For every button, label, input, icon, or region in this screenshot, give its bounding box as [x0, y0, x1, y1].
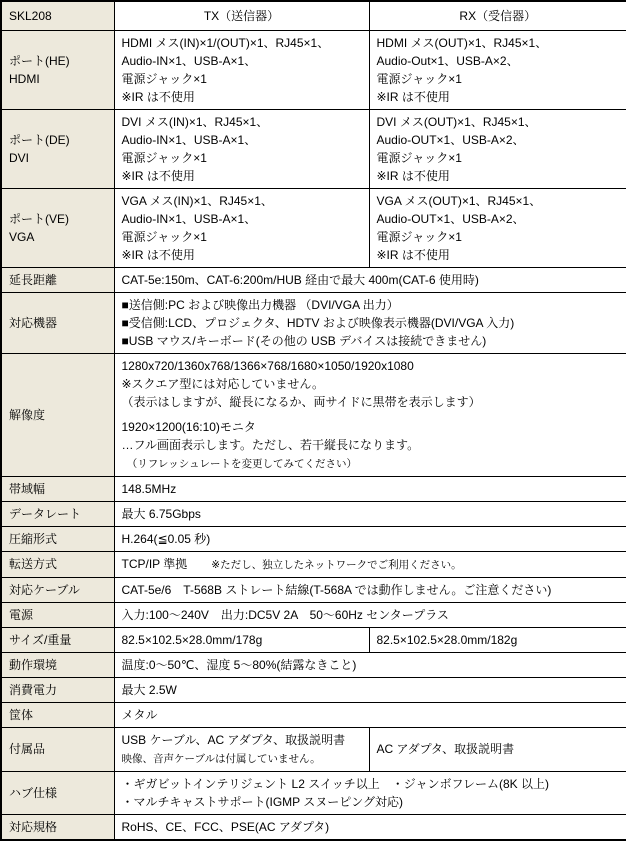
spec-value-cell: 82.5×102.5×28.0mm/178g	[114, 627, 369, 652]
table-row: 付属品USB ケーブル、AC アダプタ、取扱説明書映像、音声ケーブルは付属してい…	[1, 727, 626, 771]
spec-value-cell: CAT-5e/6 T-568B ストレート結線(T-568A では動作しません。…	[114, 577, 626, 602]
spec-value-cell: 82.5×102.5×28.0mm/182g	[369, 627, 626, 652]
spec-value-cell: VGA メス(OUT)×1、RJ45×1、Audio-OUT×1、USB-A×2…	[369, 188, 626, 267]
row-label: ポート(DE)DVI	[1, 109, 114, 188]
table-row: 解像度1280x720/1360x768/1366×768/1680×1050/…	[1, 353, 626, 476]
spec-value-cell: TCP/IP 準拠 ※ただし、独立したネットワークでご利用ください。	[114, 551, 626, 577]
table-row: 転送方式TCP/IP 準拠 ※ただし、独立したネットワークでご利用ください。	[1, 551, 626, 577]
row-label: 付属品	[1, 727, 114, 771]
spec-value-cell: 最大 6.75Gbps	[114, 501, 626, 526]
row-label: 帯域幅	[1, 476, 114, 501]
spec-value-cell: 最大 2.5W	[114, 677, 626, 702]
spec-value-cell: メタル	[114, 702, 626, 727]
table-row: ハブ仕様・ギガビットインテリジェント L2 スイッチ以上 ・ジャンボフレーム(8…	[1, 771, 626, 814]
spec-value-cell: 148.5MHz	[114, 476, 626, 501]
spec-value-cell: 1280x720/1360x768/1366×768/1680×1050/192…	[114, 353, 626, 476]
spec-value-cell: CAT-5e:150m、CAT-6:200m/HUB 経由で最大 400m(CA…	[114, 267, 626, 292]
spec-value-cell: USB ケーブル、AC アダプタ、取扱説明書映像、音声ケーブルは付属していません…	[114, 727, 369, 771]
table-row: 電源入力:100～240V 出力:DC5V 2A 50～60Hz センタープラス	[1, 602, 626, 627]
spec-table-header: SKL208 TX（送信器） RX（受信器）	[1, 1, 626, 30]
row-label: 対応規格	[1, 814, 114, 840]
spec-value-cell: DVI メス(IN)×1、RJ45×1、Audio-IN×1、USB-A×1、電…	[114, 109, 369, 188]
spec-value-cell: AC アダプタ、取扱説明書	[369, 727, 626, 771]
rx-column-header: RX（受信器）	[369, 1, 626, 30]
table-row: サイズ/重量82.5×102.5×28.0mm/178g82.5×102.5×2…	[1, 627, 626, 652]
row-label: ポート(VE)VGA	[1, 188, 114, 267]
row-label: 圧縮形式	[1, 526, 114, 551]
spec-value-cell: H.264(≦0.05 秒)	[114, 526, 626, 551]
spec-value-cell: 入力:100～240V 出力:DC5V 2A 50～60Hz センタープラス	[114, 602, 626, 627]
table-row: 動作環境温度:0～50℃、湿度 5～80%(結露なきこと)	[1, 652, 626, 677]
table-row: 対応機器■送信側:PC および映像出力機器 （DVI/VGA 出力）■受信側:L…	[1, 292, 626, 353]
spec-value-cell: DVI メス(OUT)×1、RJ45×1、Audio-OUT×1、USB-A×2…	[369, 109, 626, 188]
row-label: 消費電力	[1, 677, 114, 702]
row-label: サイズ/重量	[1, 627, 114, 652]
row-label: 電源	[1, 602, 114, 627]
spec-table: SKL208 TX（送信器） RX（受信器） ポート(HE)HDMIHDMI メ…	[0, 0, 626, 841]
spec-value-cell: ■送信側:PC および映像出力機器 （DVI/VGA 出力）■受信側:LCD、プ…	[114, 292, 626, 353]
table-row: 延長距離CAT-5e:150m、CAT-6:200m/HUB 経由で最大 400…	[1, 267, 626, 292]
row-label: 延長距離	[1, 267, 114, 292]
row-label: 転送方式	[1, 551, 114, 577]
table-row: 帯域幅148.5MHz	[1, 476, 626, 501]
product-model: SKL208	[1, 1, 114, 30]
table-row: 対応ケーブルCAT-5e/6 T-568B ストレート結線(T-568A では動…	[1, 577, 626, 602]
row-label: 対応ケーブル	[1, 577, 114, 602]
row-label: 対応機器	[1, 292, 114, 353]
spec-table-body: ポート(HE)HDMIHDMI メス(IN)×1/(OUT)×1、RJ45×1、…	[1, 30, 626, 840]
table-row: 圧縮形式H.264(≦0.05 秒)	[1, 526, 626, 551]
spec-value-cell: VGA メス(IN)×1、RJ45×1、Audio-IN×1、USB-A×1、電…	[114, 188, 369, 267]
tx-column-header: TX（送信器）	[114, 1, 369, 30]
table-row: データレート最大 6.75Gbps	[1, 501, 626, 526]
table-row: 消費電力最大 2.5W	[1, 677, 626, 702]
spec-value-cell: ・ギガビットインテリジェント L2 スイッチ以上 ・ジャンボフレーム(8K 以上…	[114, 771, 626, 814]
row-label: ハブ仕様	[1, 771, 114, 814]
row-label: 筐体	[1, 702, 114, 727]
row-label: ポート(HE)HDMI	[1, 30, 114, 109]
header-row: SKL208 TX（送信器） RX（受信器）	[1, 1, 626, 30]
table-row: ポート(DE)DVIDVI メス(IN)×1、RJ45×1、Audio-IN×1…	[1, 109, 626, 188]
row-label: 動作環境	[1, 652, 114, 677]
spec-value-cell: HDMI メス(OUT)×1、RJ45×1、Audio-Out×1、USB-A×…	[369, 30, 626, 109]
table-row: 筐体メタル	[1, 702, 626, 727]
row-label: 解像度	[1, 353, 114, 476]
table-row: ポート(VE)VGAVGA メス(IN)×1、RJ45×1、Audio-IN×1…	[1, 188, 626, 267]
table-row: ポート(HE)HDMIHDMI メス(IN)×1/(OUT)×1、RJ45×1、…	[1, 30, 626, 109]
spec-value-cell: RoHS、CE、FCC、PSE(AC アダプタ)	[114, 814, 626, 840]
spec-value-cell: 温度:0～50℃、湿度 5～80%(結露なきこと)	[114, 652, 626, 677]
spec-value-cell: HDMI メス(IN)×1/(OUT)×1、RJ45×1、Audio-IN×1、…	[114, 30, 369, 109]
table-row: 対応規格RoHS、CE、FCC、PSE(AC アダプタ)	[1, 814, 626, 840]
row-label: データレート	[1, 501, 114, 526]
